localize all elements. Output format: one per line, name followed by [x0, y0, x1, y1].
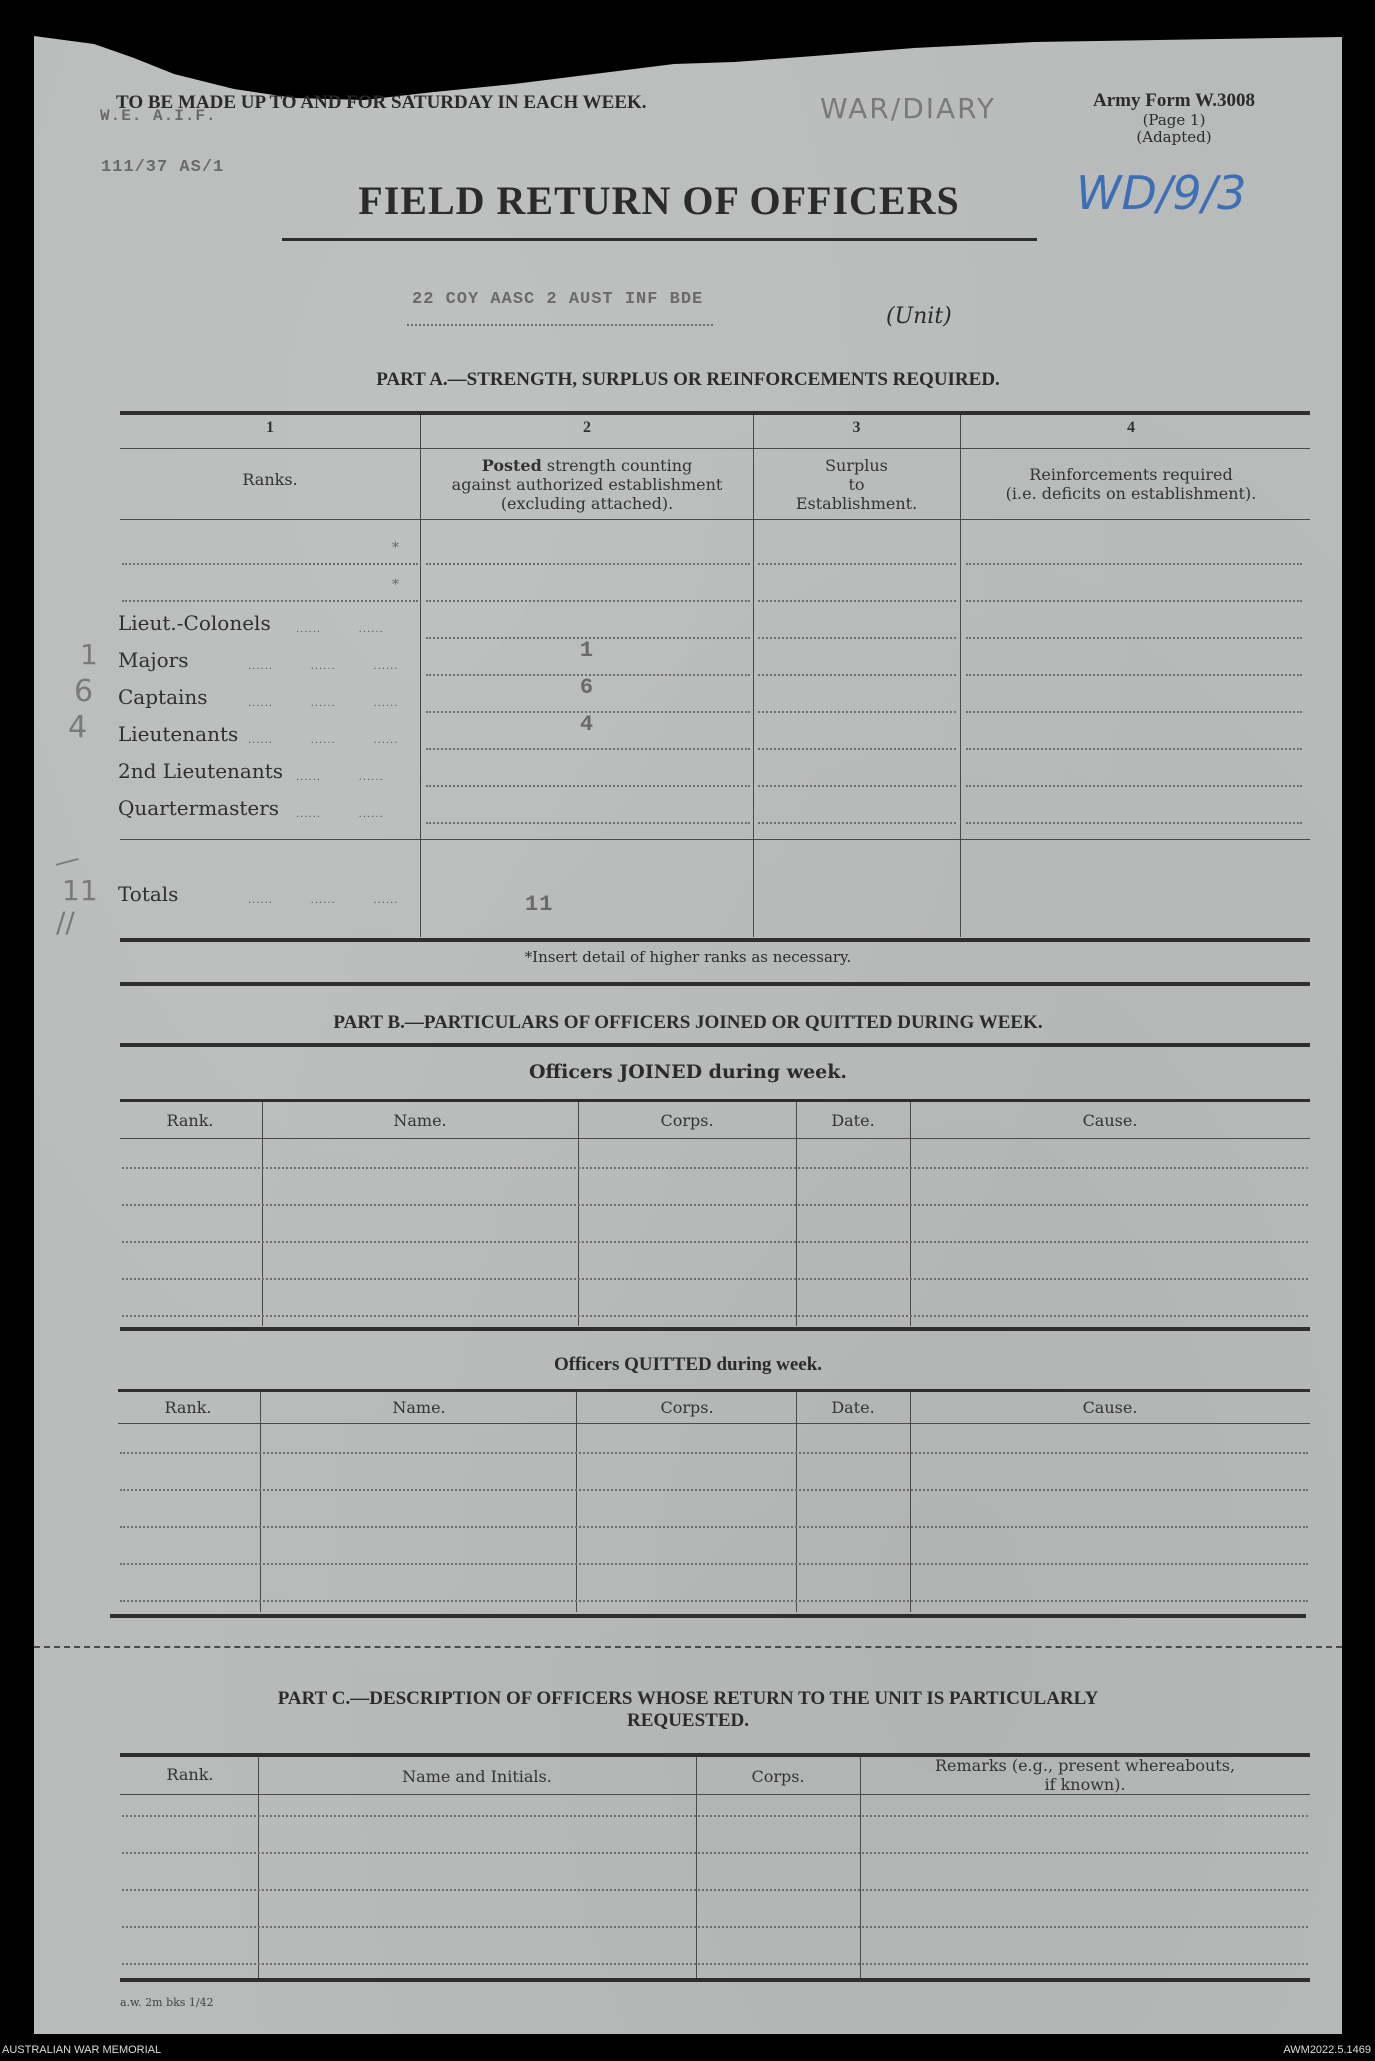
col-header-posted: Posted strength counting against authori… [422, 456, 752, 513]
posted-lieutenants[interactable]: 4 [422, 712, 752, 737]
joined-col-date: Date. [798, 1111, 908, 1130]
margin-note-totals: 11 [62, 874, 98, 907]
joined-header-rule [120, 1138, 1310, 1139]
joined-heading-bold: JOINED [619, 1061, 702, 1083]
archive-footer: AUSTRALIAN WAR MEMORIAL AWM2022.5.1469 [0, 2040, 1375, 2061]
leader-dots: ...... ...... ...... [248, 698, 398, 709]
part-c-header-rule [120, 1794, 1310, 1795]
joined-vline-1 [262, 1102, 263, 1326]
row-line [120, 1563, 1308, 1565]
row-line [122, 1315, 1308, 1317]
leader-dots: ...... ...... [296, 772, 384, 783]
quitted-vline-4 [910, 1392, 911, 1612]
posted-text-2: against authorized establishment [422, 475, 752, 494]
handwritten-war-diary: WAR/DIARY [820, 92, 996, 125]
joined-vline-2 [578, 1102, 579, 1326]
part-c-col-name: Name and Initials. [260, 1767, 694, 1786]
handwritten-reference: WD/9/3 [1076, 166, 1246, 220]
totals-posted[interactable]: 11 [525, 892, 553, 917]
part-c-vline-2 [696, 1756, 697, 1978]
col-number-3: 3 [754, 418, 959, 437]
part-a-top-rule [120, 411, 1310, 415]
row-line [122, 1278, 1308, 1280]
row-line [966, 600, 1302, 602]
row-line [966, 748, 1302, 750]
part-b-top-rule [120, 1043, 1310, 1047]
title-underline [282, 238, 1037, 241]
part-c-heading: PART C.—DESCRIPTION OF OFFICERS WHOSE RE… [34, 1688, 1342, 1732]
row-line [120, 1452, 1308, 1454]
archive-name: AUSTRALIAN WAR MEMORIAL [2, 2044, 161, 2056]
rank-2nd-lieutenants: 2nd Lieutenants [118, 759, 283, 783]
row-line [966, 785, 1302, 787]
part-c-heading-2: REQUESTED. [34, 1710, 1342, 1732]
row-line [122, 1963, 1308, 1965]
col-number-4: 4 [961, 418, 1301, 437]
col-header-reinforcements: Reinforcements required (i.e. deficits o… [961, 465, 1301, 503]
leader-dots: ...... ...... ...... [248, 895, 398, 906]
row-line [758, 563, 956, 565]
page-title: FIELD RETURN OF OFFICERS [274, 177, 1044, 224]
quitted-top-rule [118, 1389, 1310, 1392]
row-line [758, 785, 956, 787]
row-line [966, 637, 1302, 639]
row-line [122, 600, 418, 602]
quitted-col-date: Date. [798, 1398, 908, 1417]
col-number-2: 2 [422, 418, 752, 437]
posted-bold: Posted [482, 456, 542, 475]
part-a-heading: PART A.—STRENGTH, SURPLUS OR REINFORCEME… [34, 369, 1342, 391]
print-code: a.w. 2m bks 1/42 [120, 1996, 214, 2009]
row-line [758, 600, 956, 602]
archive-accession: AWM2022.5.1469 [1283, 2044, 1371, 2056]
row-line [758, 674, 956, 676]
part-a-vline-1 [420, 415, 421, 937]
quitted-heading: Officers QUITTED during week. [34, 1354, 1342, 1376]
quitted-col-corps: Corps. [580, 1398, 794, 1417]
row-line [758, 822, 956, 824]
row-line [426, 748, 750, 750]
row-line [120, 1489, 1308, 1491]
row-line [966, 674, 1302, 676]
remarks-line-2: if known). [862, 1775, 1308, 1794]
part-c-heading-1: PART C.—DESCRIPTION OF OFFICERS WHOSE RE… [34, 1688, 1342, 1710]
posted-text-1: strength counting [542, 456, 693, 475]
joined-heading-pre: Officers [529, 1061, 619, 1083]
joined-col-cause: Cause. [912, 1111, 1308, 1130]
perforation-line [34, 1646, 1342, 1648]
row-line [426, 563, 750, 565]
part-c-col-rank: Rank. [120, 1765, 260, 1784]
row-line [122, 1241, 1308, 1243]
quitted-col-cause: Cause. [912, 1398, 1308, 1417]
form-adapted: (Adapted) [1034, 129, 1314, 146]
margin-note-majors: 1 [80, 638, 98, 671]
rank-lieutenants: Lieutenants [118, 722, 238, 746]
form-page: (Page 1) [1034, 112, 1314, 129]
document-page: TO BE MADE UP TO AND FOR SATURDAY IN EAC… [34, 34, 1342, 2034]
row-line [120, 1526, 1308, 1528]
part-c-bottom-rule [120, 1978, 1310, 1982]
col-header-ranks: Ranks. [120, 470, 420, 489]
row-line [122, 1926, 1308, 1928]
row-line [966, 822, 1302, 824]
row-line [122, 1889, 1308, 1891]
part-a-vline-2 [753, 415, 754, 937]
part-a-bottom-rule [120, 938, 1310, 942]
joined-top-rule [120, 1099, 1310, 1102]
row-line [122, 1167, 1308, 1169]
footnote-rule [120, 982, 1310, 986]
rank-lieut-colonels: Lieut.-Colonels [118, 611, 271, 635]
margin-note-scribble: ∕∕ [56, 906, 75, 939]
joined-bottom-rule [120, 1327, 1310, 1331]
quitted-bottom-rule [110, 1614, 1306, 1618]
joined-vline-3 [796, 1102, 797, 1326]
part-c-col-corps: Corps. [698, 1767, 858, 1786]
stamp-line-1: W.E. A.I.F. [100, 107, 217, 125]
reinf-text-2: (i.e. deficits on establishment). [961, 484, 1301, 503]
joined-col-name: Name. [264, 1111, 576, 1130]
part-c-vline-1 [258, 1756, 259, 1978]
part-c-vline-3 [860, 1756, 861, 1978]
remarks-line-1: Remarks (e.g., present whereabouts, [862, 1756, 1308, 1775]
row-line [122, 563, 418, 565]
row-line [120, 1600, 1308, 1602]
totals-rule [120, 839, 1310, 840]
part-a-number-rule [120, 448, 1310, 449]
row-line [758, 711, 956, 713]
leader-dots: ...... ...... ...... [248, 661, 398, 672]
row-line [122, 1204, 1308, 1206]
rank-majors: Majors [118, 648, 188, 672]
quitted-vline-3 [796, 1392, 797, 1612]
surplus-text-1: Surplus [754, 456, 959, 475]
margin-note-captains: 6 [74, 674, 93, 709]
posted-captains[interactable]: 6 [422, 675, 752, 700]
col-number-1: 1 [120, 418, 420, 437]
surplus-text-2: to [754, 475, 959, 494]
star-marker-1: * [392, 540, 399, 556]
rank-captains: Captains [118, 685, 208, 709]
form-number: Army Form W.3008 [1034, 90, 1314, 112]
col-header-surplus: Surplus to Establishment. [754, 456, 959, 513]
row-line [758, 748, 956, 750]
joined-col-corps: Corps. [580, 1111, 794, 1130]
totals-label: Totals [118, 882, 178, 906]
star-marker-2: * [392, 577, 399, 593]
quitted-vline-2 [576, 1392, 577, 1612]
part-c-col-remarks: Remarks (e.g., present whereabouts, if k… [862, 1756, 1308, 1794]
reinf-text-1: Reinforcements required [961, 465, 1301, 484]
quitted-col-rank: Rank. [118, 1398, 258, 1417]
joined-heading: Officers JOINED during week. [34, 1061, 1342, 1083]
quitted-col-name: Name. [262, 1398, 576, 1417]
part-a-header-rule [120, 519, 1310, 520]
quitted-vline-1 [260, 1392, 261, 1612]
unit-dotted-line [407, 324, 713, 326]
rank-quartermasters: Quartermasters [118, 796, 279, 820]
unit-label: (Unit) [886, 304, 952, 329]
row-line [426, 785, 750, 787]
joined-vline-4 [910, 1102, 911, 1326]
row-line [122, 1815, 1308, 1817]
form-identifier: Army Form W.3008 (Page 1) (Adapted) [1034, 90, 1314, 146]
unit-value[interactable]: 22 COY AASC 2 AUST INF BDE [412, 290, 703, 309]
leader-dots: ...... ...... ...... [248, 735, 398, 746]
leader-dots: ...... ...... [296, 624, 384, 635]
part-b-heading: PART B.—PARTICULARS OF OFFICERS JOINED O… [34, 1012, 1342, 1034]
surplus-text-3: Establishment. [754, 494, 959, 513]
row-line [426, 600, 750, 602]
stamp-line-2: 111/37 AS/1 [101, 158, 224, 177]
joined-heading-post: during week. [702, 1061, 847, 1083]
row-line [426, 822, 750, 824]
margin-note-lieutenants: 4 [68, 710, 87, 745]
footnote: *Insert detail of higher ranks as necess… [34, 948, 1342, 966]
posted-majors[interactable]: 1 [422, 638, 752, 663]
posted-text-3: (excluding attached). [422, 494, 752, 513]
row-line [966, 711, 1302, 713]
joined-col-rank: Rank. [120, 1111, 260, 1130]
row-line [758, 637, 956, 639]
part-a-vline-3 [960, 415, 961, 937]
leader-dots: ...... ...... [296, 809, 384, 820]
row-line [966, 563, 1302, 565]
row-line [122, 1852, 1308, 1854]
quitted-header-rule [118, 1423, 1310, 1424]
